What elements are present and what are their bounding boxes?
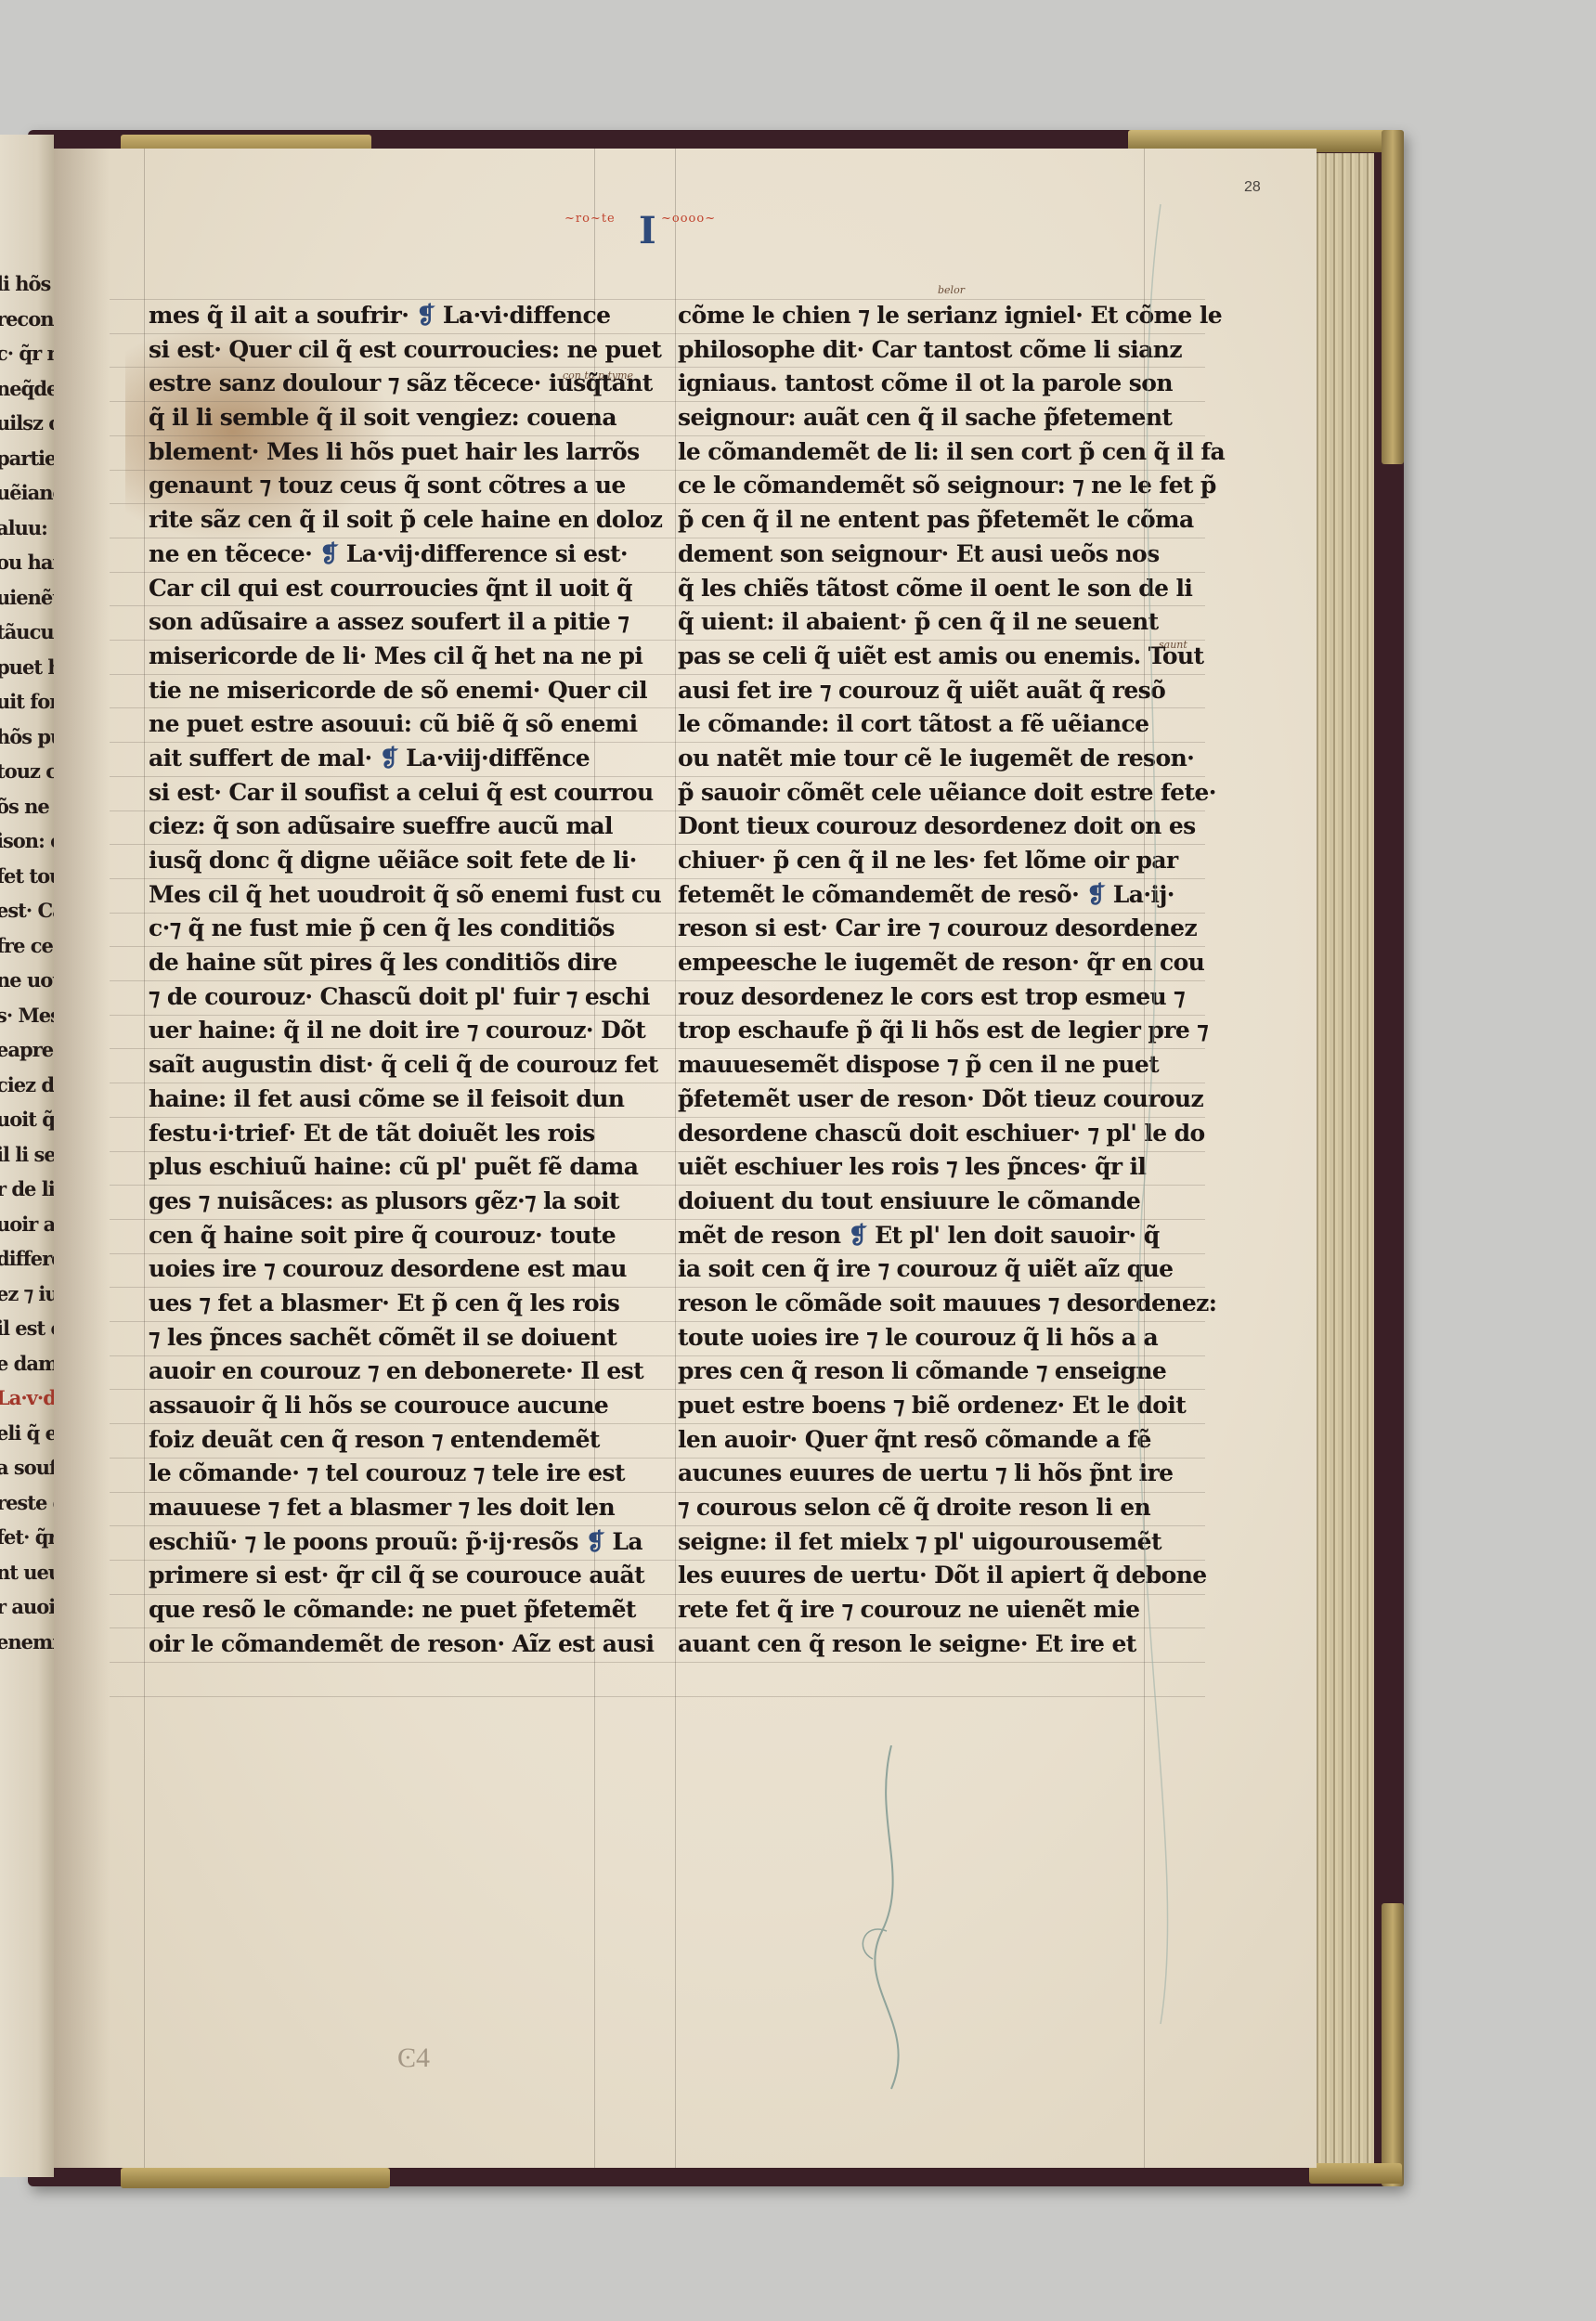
verso-text-fragment: eli q̃ est [0,1421,54,1445]
manuscript-line: auoir en courouz ⁊ en debonerete· Il est [149,1355,662,1389]
verso-text-fragment: puet hair [0,655,54,679]
verso-text-fragment: touz ceus [0,759,54,783]
ruling-line [675,149,676,2168]
manuscript-line: Car cil qui est courroucies q̃nt il uoit… [149,572,662,606]
folio-number: 28 [1244,179,1261,196]
ruling-line [144,149,145,2168]
verso-text-fragment: il est co [0,1316,54,1340]
verso-page: li hõs sereconquec· q̃r nusneq̃de q̃ uui… [0,135,54,2177]
verso-text-fragment: aluu: ona [0,516,54,539]
verso-text-fragment: uienẽt mie [0,586,54,609]
verso-text-fragment: reste q̃ il [0,1491,54,1514]
manuscript-line: ait suffert de mal· ❡ La·viij·diffẽnce [149,742,662,776]
verso-text-fragment: uilsz ona [0,411,54,434]
verso-text-fragment: fet· q̃r il [0,1525,54,1549]
manuscript-line: ⁊ de courouz· Chascũ doit pl' fuir ⁊ esc… [149,980,662,1015]
running-head-right: ~oooo~ [661,212,716,226]
interlinear-gloss: belor [938,284,965,296]
manuscript-line: estre sanz doulour ⁊ sãz tẽcece· iusq̃ta… [149,367,662,401]
manuscript-line: de haine sũt pires q̃ les conditiõs dire [149,946,662,980]
verso-text-fragment: r de li fet [0,1177,54,1200]
manuscript-line: misericorde de li· Mes cil q̃ het na ne … [149,640,662,674]
metal-edge-fitting [1382,1903,1404,2186]
manuscript-line: ⁊ les p̃nces sachẽt cõmẽt il se doiuent [149,1321,662,1355]
manuscript-line: haine: il fet ausi cõme se il feisoit du… [149,1083,662,1117]
metal-corner-fitting [121,2168,390,2188]
verso-text-fragment: r auoi [0,1595,54,1618]
paraph-mark: ❡ [319,540,338,567]
verso-text-fragment: fet toute [0,864,54,888]
manuscript-line: ges ⁊ nuisãces: as plusors gẽz·⁊ la soit [149,1185,662,1219]
verso-text-fragment: ison: ona [0,829,54,852]
manuscript-line: ciez: q̃ son adũsaire sueffre aucũ mal [149,810,662,844]
manuscript-line: eschiũ· ⁊ le poons prouũ: p̃·ij·resõs ❡ … [149,1525,662,1560]
paraph-mark: ❡ [380,745,398,772]
paraph-mark: ❡ [849,1222,867,1249]
verso-text-fragment: c· q̃r nus [0,342,54,365]
verso-text-fragment: a soufrir [0,1456,54,1479]
paraph-mark: ❡ [416,302,435,329]
verso-text-fragment: il li semb [0,1143,54,1166]
verso-text-fragment: fre ce q̃ le [0,934,54,957]
verso-text-fragment: tãucuns [0,620,54,643]
verso-text-fragment: hõs puet [0,725,54,748]
manuscript-line: iusq̃ donc q̃ digne uẽiãce soit fete de … [149,844,662,878]
manuscript-line: assauoir q̃ li hõs se courouce aucune [149,1389,662,1423]
manuscript-line: foiz deuãt cen q̃ reson ⁊ entendemẽt [149,1423,662,1458]
manuscript-line: c·⁊ q̃ ne fust mie p̃ cen q̃ les conditi… [149,912,662,946]
verso-text-fragment: nt ueu [0,1561,54,1584]
verso-text-fragment: partienent [0,447,54,470]
manuscript-line: ne puet estre asouui: cũ biẽ q̃ sõ enemi [149,707,662,742]
manuscript-line: primere si est· q̃r cil q̃ se courouce a… [149,1559,662,1593]
paraph-mark: ❡ [586,1528,604,1555]
verso-text-fragment: uoit q̃ il [0,1108,54,1131]
manuscript-line: ues ⁊ fet a blasmer· Et p̃ cen q̃ les ro… [149,1287,662,1321]
manuscript-line: son adũsaire a assez soufert il a pitie … [149,605,662,640]
manuscript-line: blement· Mes li hõs puet hair les larrõs [149,435,662,470]
verso-text-fragment: e dame [0,1352,54,1375]
running-head-initial: I [639,209,656,253]
verso-text-fragment: eapres ⁊ la [0,1038,54,1061]
manuscript-line: tie ne misericorde de sõ enemi· Quer cil [149,674,662,708]
pen-flourish-decoration [1105,186,1216,2042]
verso-text-fragment: õs ne sep [0,795,54,818]
manuscript-line: mes q̃ il ait a soufrir· ❡ La·vi·diffenc… [149,299,662,333]
manuscript-line: cen q̃ haine soit pire q̃ courouz· toute [149,1219,662,1253]
verso-text-fragment: ciez deuri [0,1073,54,1096]
manuscript-line: festu·i·trief· Et de tãt doiuẽt les rois [149,1117,662,1151]
manuscript-line: uoies ire ⁊ courouz desordene est mau [149,1252,662,1287]
manuscript-line: le cõmande· ⁊ tel courouz ⁊ tele ire est [149,1457,662,1491]
verso-text-fragment: La·v·de [0,1386,54,1409]
manuscript-line: plus eschiuũ haine: cũ pl' puẽt fẽ dama [149,1150,662,1185]
verso-text-fragment: uit forfet [0,690,54,713]
pen-flourish-decoration [836,1745,947,2098]
text-column-left: mes q̃ il ait a soufrir· ❡ La·vi·diffenc… [149,299,662,1662]
ruling-line [110,1696,1205,1697]
manuscript-line: mauuese ⁊ fet a blasmer ⁊ les doit len [149,1491,662,1525]
verso-text-fragment: li hõs se [0,272,54,295]
verso-text-fragment: reconque [0,307,54,331]
paraph-mark: ❡ [1086,881,1105,908]
verso-text-fragment: ou haine [0,551,54,574]
verso-text-fragment: uoir a co [0,1212,54,1236]
gutter-shadow [54,149,110,2168]
ruling-line [110,1662,1205,1663]
manuscript-line: uer haine: q̃ il ne doit ire ⁊ courouz· … [149,1014,662,1048]
manuscript-line: oir le cõmandemẽt de reson· Aĩz est ausi [149,1627,662,1662]
metal-corner-fitting [1309,2163,1402,2184]
verso-text-fragment: est· Car cil [0,899,54,922]
metal-edge-fitting [1382,130,1404,464]
manuscript-line: si est· Quer cil q̃ est courroucies: ne … [149,333,662,368]
verso-text-fragment: ne uoul [0,968,54,992]
running-head-left: ~ro~te [564,212,616,226]
manuscript-line: ne en tẽcece· ❡ La·vij·difference si est… [149,538,662,572]
manuscript-line: Mes cil q̃ het uoudroit q̃ sõ enemi fust… [149,878,662,913]
verso-text-fragment: neq̃de q̃ u [0,377,54,400]
verso-text-fragment: enemi· [0,1630,54,1653]
manuscript-line: genaunt ⁊ touz ceus q̃ sont cõtres a ue [149,469,662,503]
manuscript-line: si est· Car il soufist a celui q̃ est co… [149,776,662,810]
manuscript-line: que resõ le cõmande: ne puet p̃fetemẽt [149,1593,662,1627]
verso-text-fragment: s· Mes cil [0,1004,54,1027]
pencil-mark: Ͼ4 [397,2042,430,2074]
manuscript-line: q̃ il li semble q̃ il soit vengiez: coue… [149,401,662,435]
verso-text-fragment: ez ⁊ iuez [0,1282,54,1305]
verso-text-fragment: uẽiance: [0,481,54,504]
verso-text-fragment: differẽce [0,1247,54,1270]
manuscript-line: saĩt augustin dist· q̃ celi q̃ de courou… [149,1048,662,1083]
manuscript-line: rite sãz cen q̃ il soit p̃ cele haine en… [149,503,662,538]
